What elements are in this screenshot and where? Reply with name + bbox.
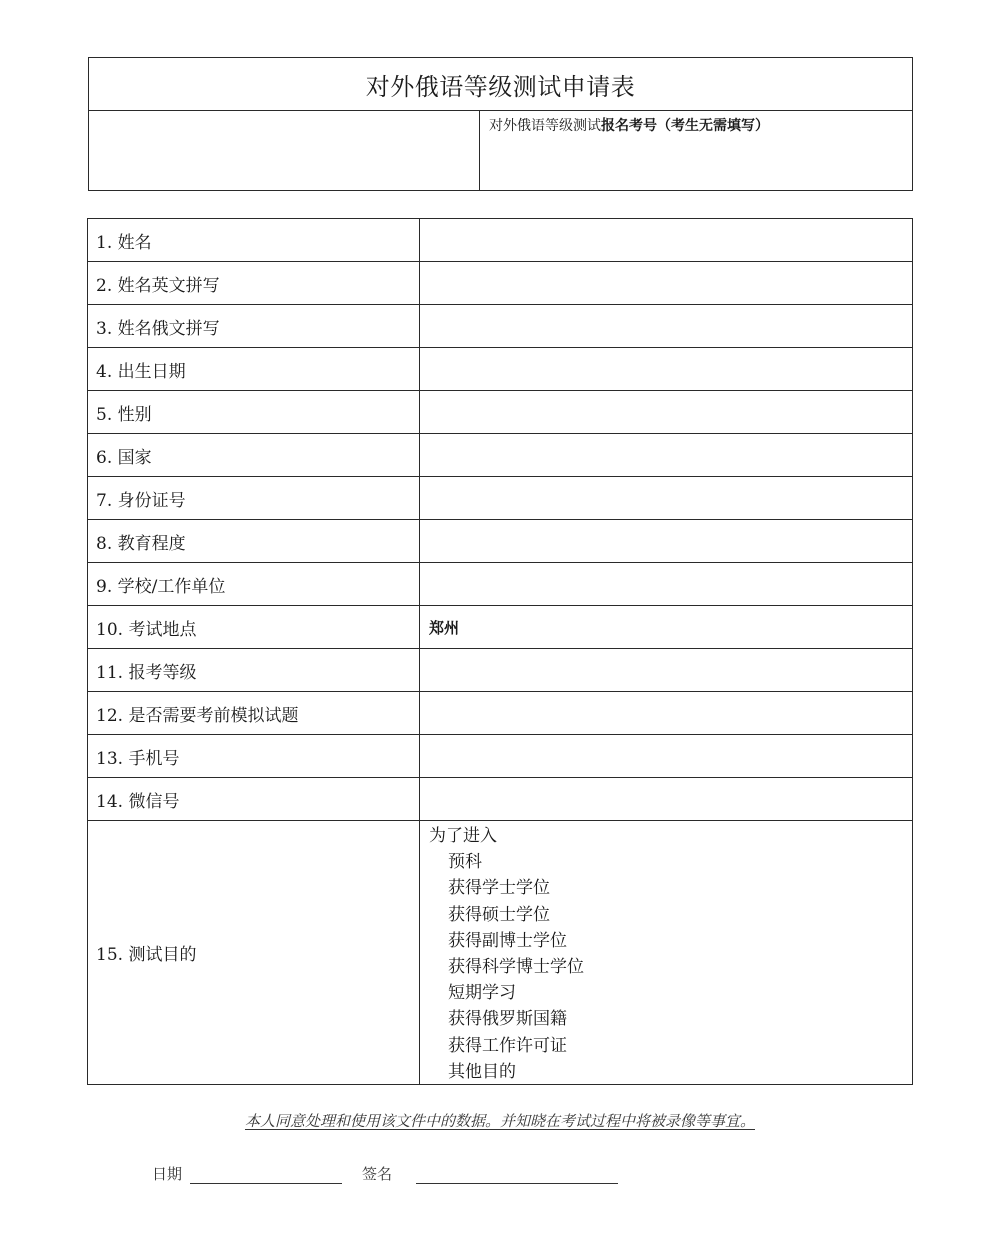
form-row-education: 8. 教育程度 [88, 520, 912, 563]
form-row-name-russian: 3. 姓名俄文拼写 [88, 305, 912, 348]
header-table: 对外俄语等级测试申请表 对外俄语等级测试报名考号（考生无需填写） [88, 57, 913, 191]
form-row-mock-test: 12. 是否需要考前模拟试题 [88, 692, 912, 735]
form-title: 对外俄语等级测试申请表 [89, 58, 912, 111]
field-label: 8. 教育程度 [88, 520, 420, 562]
signature-field[interactable] [416, 1165, 618, 1184]
form-row-phone: 13. 手机号 [88, 735, 912, 778]
name-field[interactable] [420, 219, 912, 261]
application-form-table: 1. 姓名 2. 姓名英文拼写 3. 姓名俄文拼写 4. 出生日期 5. 性别 … [87, 218, 913, 1085]
education-field[interactable] [420, 520, 912, 562]
field-label: 13. 手机号 [88, 735, 420, 777]
id-number-field[interactable] [420, 477, 912, 519]
purpose-option[interactable]: 获得学士学位 [429, 875, 550, 901]
form-row-birthdate: 4. 出生日期 [88, 348, 912, 391]
wechat-field[interactable] [420, 778, 912, 820]
field-label: 4. 出生日期 [88, 348, 420, 390]
exam-level-field[interactable] [420, 649, 912, 691]
exam-location-field[interactable]: 郑州 [420, 606, 912, 648]
field-label: 5. 性别 [88, 391, 420, 433]
signature-label: 签名 [362, 1163, 392, 1184]
purpose-option[interactable]: 获得副博士学位 [429, 928, 567, 954]
purpose-heading: 为了进入 [429, 823, 497, 849]
phone-field[interactable] [420, 735, 912, 777]
birthdate-field[interactable] [420, 348, 912, 390]
registration-number-label-prefix: 对外俄语等级测试 [489, 118, 601, 134]
gender-field[interactable] [420, 391, 912, 433]
form-row-name: 1. 姓名 [88, 219, 912, 262]
purpose-option[interactable]: 预科 [429, 849, 482, 875]
header-blank-cell [89, 111, 480, 190]
country-field[interactable] [420, 434, 912, 476]
registration-number-label-bold: 报名考号（考生无需填写） [601, 118, 769, 134]
form-row-school-work: 9. 学校/工作单位 [88, 563, 912, 606]
field-label: 15. 测试目的 [88, 821, 420, 1084]
signature-line: 日期 签名 [152, 1163, 626, 1184]
form-row-country: 6. 国家 [88, 434, 912, 477]
field-label: 6. 国家 [88, 434, 420, 476]
mock-test-field[interactable] [420, 692, 912, 734]
school-work-field[interactable] [420, 563, 912, 605]
field-label: 9. 学校/工作单位 [88, 563, 420, 605]
form-row-exam-location: 10. 考试地点 郑州 [88, 606, 912, 649]
purpose-option[interactable]: 获得工作许可证 [429, 1033, 567, 1059]
form-row-name-english: 2. 姓名英文拼写 [88, 262, 912, 305]
form-row-gender: 5. 性别 [88, 391, 912, 434]
registration-number-cell: 对外俄语等级测试报名考号（考生无需填写） [480, 111, 912, 190]
field-label: 10. 考试地点 [88, 606, 420, 648]
form-row-test-purpose: 15. 测试目的 为了进入 预科 获得学士学位 获得硕士学位 获得副博士学位 获… [88, 821, 912, 1084]
field-label: 11. 报考等级 [88, 649, 420, 691]
field-label: 14. 微信号 [88, 778, 420, 820]
purpose-option[interactable]: 其他目的 [429, 1059, 516, 1085]
consent-statement: 本人同意处理和使用该文件中的数据。并知晓在考试过程中将被录像等事宜。 [0, 1110, 1000, 1131]
form-row-wechat: 14. 微信号 [88, 778, 912, 821]
field-label: 2. 姓名英文拼写 [88, 262, 420, 304]
name-english-field[interactable] [420, 262, 912, 304]
date-label: 日期 [152, 1163, 182, 1184]
field-label: 12. 是否需要考前模拟试题 [88, 692, 420, 734]
purpose-option[interactable]: 获得俄罗斯国籍 [429, 1006, 567, 1032]
field-label: 7. 身份证号 [88, 477, 420, 519]
field-label: 1. 姓名 [88, 219, 420, 261]
test-purpose-field[interactable]: 为了进入 预科 获得学士学位 获得硕士学位 获得副博士学位 获得科学博士学位 短… [420, 821, 912, 1084]
purpose-option[interactable]: 获得科学博士学位 [429, 954, 584, 980]
purpose-option[interactable]: 获得硕士学位 [429, 902, 550, 928]
consent-text: 本人同意处理和使用该文件中的数据。并知晓在考试过程中将被录像等事宜。 [245, 1112, 755, 1130]
purpose-option[interactable]: 短期学习 [429, 980, 516, 1006]
date-field[interactable] [190, 1165, 342, 1184]
name-russian-field[interactable] [420, 305, 912, 347]
form-row-id-number: 7. 身份证号 [88, 477, 912, 520]
field-label: 3. 姓名俄文拼写 [88, 305, 420, 347]
form-row-exam-level: 11. 报考等级 [88, 649, 912, 692]
